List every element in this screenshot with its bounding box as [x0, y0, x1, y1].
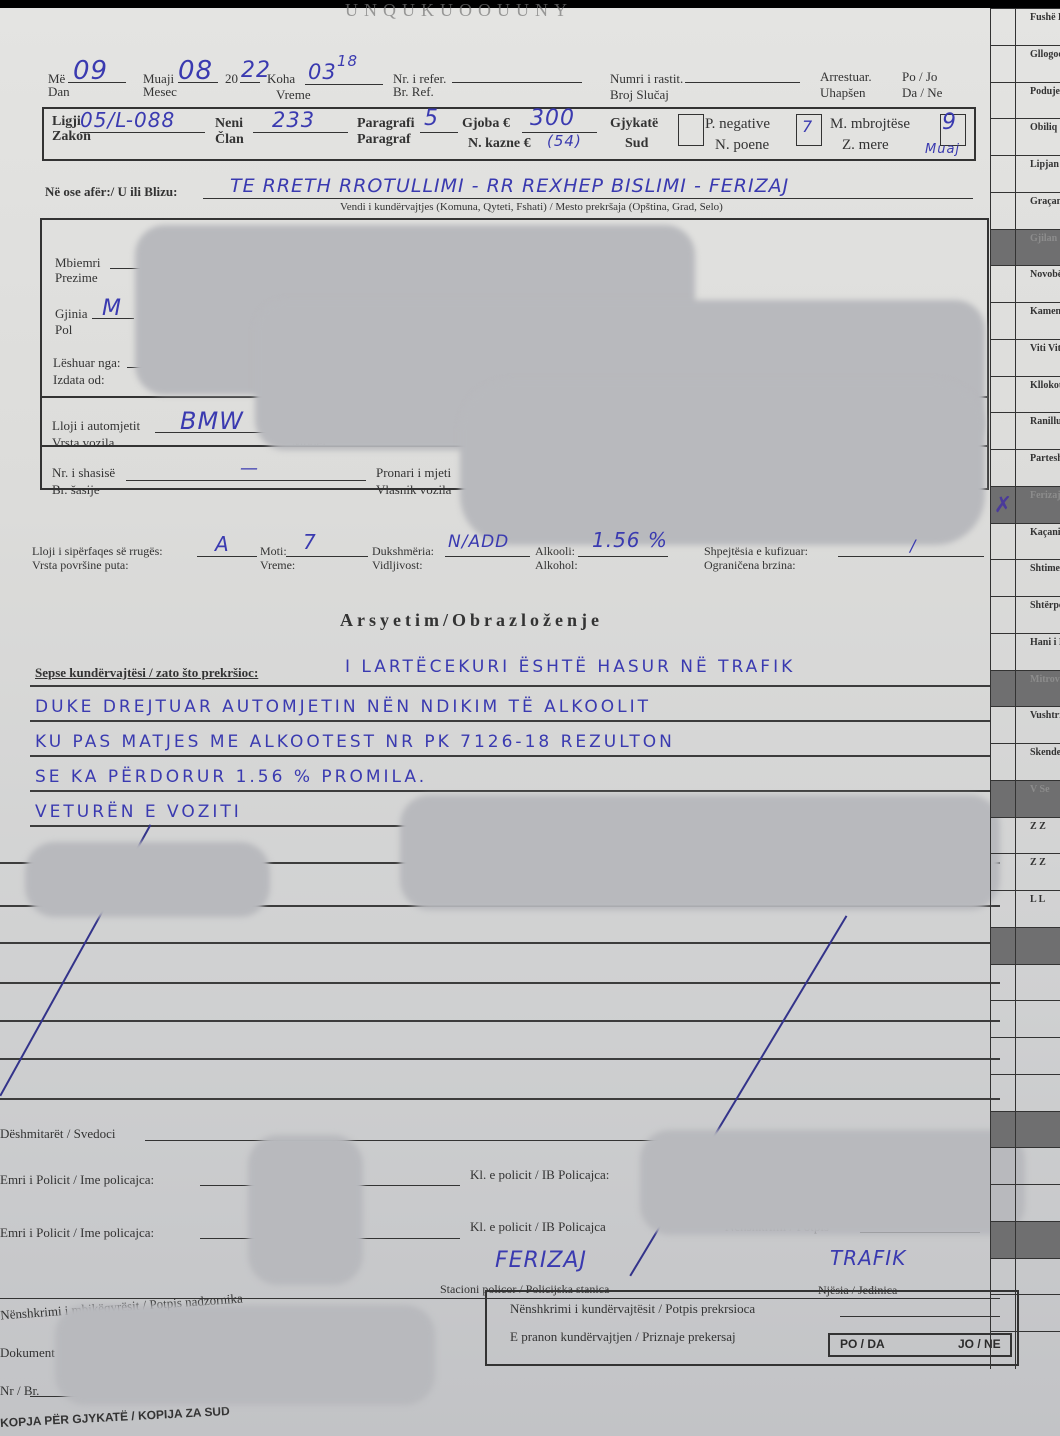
municipality-checkbox[interactable]	[990, 377, 1016, 414]
municipality-row[interactable]: Ranillug Ranilug	[990, 412, 1060, 450]
because-label: Sepse kundërvajtësi / zato što prekršioc…	[35, 666, 258, 680]
municipality-row[interactable]	[990, 1037, 1060, 1075]
municipality-checkbox[interactable]	[990, 340, 1016, 377]
municipality-row[interactable]: Z Z	[990, 853, 1060, 891]
municipality-label: Z Z	[1030, 857, 1060, 869]
speed-field[interactable]: /	[910, 536, 916, 555]
alcohol-label-sr: Alkohol:	[535, 558, 578, 572]
municipality-row[interactable]	[990, 1000, 1060, 1038]
municipality-label: Skenderaj Srbica	[1030, 747, 1060, 759]
witnesses-label: Dëshmitarët / Svedoci	[0, 1127, 116, 1141]
unit-field[interactable]: TRAFIK	[830, 1246, 906, 1270]
municipality-row[interactable]: Kllokot Klokot	[990, 376, 1060, 414]
municipality-row[interactable]: Shtime Štimlje	[990, 559, 1060, 597]
redacted-reasoning-1	[25, 842, 270, 917]
court-label-sr: Sud	[625, 137, 648, 151]
municipality-checkbox[interactable]	[990, 413, 1016, 450]
year-prefix: 20	[225, 72, 238, 86]
points-field[interactable]: 7	[802, 117, 813, 136]
municipality-row[interactable]	[990, 964, 1060, 1002]
time-label: Koha	[267, 72, 295, 86]
municipality-checkbox[interactable]: ✗	[990, 487, 1016, 524]
reasoning-line-5[interactable]: VETURËN E VOZITI	[35, 802, 242, 822]
measures-note: Muaj	[925, 142, 960, 157]
gender-field[interactable]: M	[102, 296, 122, 321]
month-field[interactable]: 08	[178, 56, 213, 86]
municipality-label: Z Z	[1030, 821, 1060, 833]
weather-label: Moti:	[260, 544, 287, 558]
admits-options: PO / DA JO / NE	[828, 1333, 1012, 1357]
municipality-checkbox[interactable]	[990, 965, 1016, 1002]
time-field[interactable]: 03	[308, 60, 337, 84]
municipality-row[interactable]	[990, 1258, 1060, 1296]
municipality-row[interactable]: Vushtrri Vučitrn	[990, 706, 1060, 744]
municipality-label: Graçanicë Gračanica	[1030, 196, 1060, 208]
document-label: Dokument	[0, 1346, 55, 1360]
officer2-id-label: Kl. e policit / IB Policajca	[470, 1220, 606, 1234]
municipality-checkbox[interactable]	[990, 707, 1016, 744]
redacted-supervisor	[55, 1305, 435, 1405]
municipality-checkbox[interactable]	[990, 450, 1016, 487]
municipality-row[interactable]: Gllogoc Glogovac	[990, 45, 1060, 83]
municipality-checkbox[interactable]	[990, 1148, 1016, 1185]
municipality-row[interactable]: Novobërdë Novo Brdo	[990, 265, 1060, 303]
redacted-officer-id	[640, 1130, 1025, 1235]
municipality-label: Lipjan Lipljan	[1030, 159, 1060, 171]
speed-label-sr: Ograničena brzina:	[704, 558, 796, 572]
municipality-checkbox[interactable]	[990, 193, 1016, 230]
time-minutes-field[interactable]: 18	[337, 52, 358, 70]
municipality-checkbox[interactable]	[990, 9, 1016, 46]
points-label: P. negative	[705, 117, 770, 131]
case-label-sr: Broj Slučaj	[610, 88, 669, 102]
points-label-sr: N. poene	[715, 138, 769, 152]
law-label: Ligji	[52, 115, 81, 129]
municipality-checkbox[interactable]	[990, 671, 1016, 708]
municipality-checkbox[interactable]	[990, 634, 1016, 671]
fine-field-sr[interactable]: (54)	[547, 132, 582, 150]
municipality-row[interactable]: Mitrovicë Jug	[990, 670, 1060, 708]
municipality-label: Obiliq Obilić	[1030, 122, 1060, 134]
municipality-label: Kamenicë Kamenica	[1030, 306, 1060, 318]
municipality-checkbox[interactable]	[990, 119, 1016, 156]
owner-label: Pronari i mjeti	[376, 466, 451, 480]
month-label-sr: Mesec	[143, 85, 177, 99]
municipality-row[interactable]	[990, 1221, 1060, 1259]
municipality-row[interactable]: Graçanicë Gračanica	[990, 192, 1060, 230]
reasoning-title: Arsyetim/Obrazloženje	[340, 610, 603, 631]
redacted-officer1	[248, 1135, 363, 1285]
article-field[interactable]: 233	[272, 108, 315, 132]
arrested-label-sr: Uhapšen	[820, 86, 866, 100]
municipality-list: Fushë KosovëGllogoc GlogovacPodujevë Pod…	[990, 8, 1060, 1368]
municipality-row[interactable]	[990, 1074, 1060, 1112]
municipality-row[interactable]: Hani i Elezit Elez Han	[990, 633, 1060, 671]
municipality-label: Novobërdë Novo Brdo	[1030, 269, 1060, 281]
municipality-row[interactable]: Gjilan Gnjilane	[990, 229, 1060, 267]
surname-label-sr: Prezime	[55, 271, 98, 285]
measures-label-sr: Z. mere	[842, 138, 889, 152]
municipality-checkbox[interactable]	[990, 1038, 1016, 1075]
reasoning-line-4[interactable]: SE KA PËRDORUR 1.56 % PROMILA.	[35, 767, 427, 787]
redacted-owner-info	[460, 380, 985, 545]
paragraph-label: Paragrafi	[357, 117, 415, 131]
surname-label: Mbiemri	[55, 256, 101, 270]
reasoning-line-2[interactable]: DUKE DREJTUAR AUTOMJETIN NËN NDIKIM TË A…	[35, 697, 651, 717]
arrested-label: Arrestuar.	[820, 70, 872, 84]
issued-label: Lëshuar nga:	[53, 356, 121, 370]
municipality-checkbox[interactable]	[990, 156, 1016, 193]
fine-field[interactable]: 300	[530, 106, 575, 131]
issued-label-sr: Izdata od:	[53, 373, 105, 387]
municipality-checkbox[interactable]	[990, 781, 1016, 818]
visibility-field[interactable]: N/ADD	[448, 532, 509, 552]
municipality-row[interactable]	[990, 1147, 1060, 1185]
officer1-id-label: Kl. e policit / IB Policajca:	[470, 1168, 609, 1182]
municipality-label: Vushtrri Vučitrn	[1030, 710, 1060, 722]
municipality-checkbox[interactable]	[990, 1001, 1016, 1038]
case-label: Numri i rastit.	[610, 72, 683, 86]
municipality-label: Gjilan Gnjilane	[1030, 233, 1060, 245]
court-checkbox[interactable]	[678, 114, 704, 146]
municipality-row[interactable]: L L	[990, 890, 1060, 928]
surface-field[interactable]: A	[215, 532, 230, 556]
municipality-checkbox[interactable]	[990, 854, 1016, 891]
admits-yes-option[interactable]: PO / DA	[840, 1337, 885, 1351]
municipality-row[interactable]	[990, 1111, 1060, 1149]
visibility-label: Dukshmëria:	[372, 544, 434, 558]
municipality-checkbox[interactable]	[990, 891, 1016, 928]
municipality-checkbox[interactable]	[990, 744, 1016, 781]
municipality-checkbox[interactable]	[990, 46, 1016, 83]
municipality-label: Shtërpcë Štrpce	[1030, 600, 1060, 612]
station-field[interactable]: FERIZAJ	[495, 1248, 587, 1273]
chassis-label-sr: Br. šasije	[52, 483, 100, 497]
weather-field[interactable]: 7	[303, 530, 317, 554]
municipality-checkbox[interactable]	[990, 597, 1016, 634]
arrested-options[interactable]: Po / Jo	[902, 70, 937, 84]
surface-label-sr: Vrsta površine puta:	[32, 558, 129, 572]
reasoning-line-1[interactable]: I LARTËCEKURI ËSHTË HASUR NË TRAFIK	[345, 657, 795, 677]
officer1-name-label: Emri i Policit / Ime policajca:	[0, 1173, 154, 1187]
municipality-checkbox[interactable]	[990, 928, 1016, 965]
municipality-label: Kllokot Klokot	[1030, 380, 1060, 392]
redacted-reasoning-2	[400, 795, 1000, 910]
speed-label: Shpejtësia e kufizuar:	[704, 544, 808, 558]
municipality-row[interactable]: Viti Vitina	[990, 339, 1060, 377]
municipality-row[interactable]: Shtërpcë Štrpce	[990, 596, 1060, 634]
measures-field[interactable]: 9	[942, 110, 957, 135]
article-label: Neni	[215, 117, 243, 131]
measures-label: M. mbrojtëse	[830, 117, 910, 131]
municipality-label: V Se	[1030, 784, 1060, 796]
municipality-row[interactable]: Skenderaj Srbica	[990, 743, 1060, 781]
municipality-label: Kaçanik Kačanik	[1030, 527, 1060, 539]
municipality-label: Partesh Parteš	[1030, 453, 1060, 465]
municipality-row[interactable]: Podujevë Podujevo	[990, 82, 1060, 120]
law-field[interactable]: 05/L-088	[80, 108, 175, 132]
municipality-checkbox[interactable]	[990, 1295, 1016, 1332]
municipality-checkbox[interactable]	[990, 1185, 1016, 1222]
municipality-row[interactable]: ✗Ferizaj Uroševac	[990, 486, 1060, 524]
paragraph-label-sr: Paragraf	[357, 133, 411, 147]
municipality-checkbox[interactable]	[990, 818, 1016, 855]
vehicle-type-label-sr: Vrsta vozila	[52, 436, 114, 450]
municipality-checkbox[interactable]	[990, 524, 1016, 561]
location-caption: Vendi i kundërvajtjes (Komuna, Qyteti, F…	[340, 200, 723, 214]
ref-label-sr: Br. Ref.	[393, 85, 434, 99]
date-label-sr: Dan	[48, 85, 70, 99]
municipality-checkbox[interactable]	[990, 1112, 1016, 1149]
municipality-checkbox[interactable]	[990, 1259, 1016, 1296]
municipality-label: Gllogoc Glogovac	[1030, 49, 1060, 61]
paragraph-field[interactable]: 5	[424, 106, 439, 131]
alcohol-field[interactable]: 1.56 %	[592, 528, 668, 552]
vehicle-type-label: Lloji i automjetit	[52, 419, 140, 433]
vehicle-type-field[interactable]: BMW	[180, 407, 244, 435]
arrested-options-sr[interactable]: Da / Ne	[902, 86, 942, 100]
municipality-row[interactable]: Fushë Kosovë	[990, 8, 1060, 46]
municipality-row[interactable]	[990, 1294, 1060, 1332]
municipality-row[interactable]: Kaçanik Kačanik	[990, 523, 1060, 561]
municipality-label: Podujevë Podujevo	[1030, 86, 1060, 98]
municipality-checkbox[interactable]	[990, 230, 1016, 267]
municipality-label: Shtime Štimlje	[1030, 563, 1060, 575]
municipality-row[interactable]	[990, 1331, 1060, 1369]
municipality-label: Ranillug Ranilug	[1030, 416, 1060, 428]
location-label: Në ose afër:/ U ili Blizu:	[45, 185, 178, 199]
article-label-sr: Član	[215, 133, 244, 147]
location-field[interactable]: TE RRETH RROTULLIMI - RR REXHEP BISLIMI …	[230, 175, 789, 197]
time-label-sr: Vreme	[276, 88, 311, 102]
municipality-row[interactable]: Obiliq Obilić	[990, 118, 1060, 156]
fine-label: Gjoba €	[462, 117, 510, 131]
municipality-label: Fushë Kosovë	[1030, 12, 1060, 24]
municipality-label: Hani i Elezit Elez Han	[1030, 637, 1060, 649]
court-label: Gjykatë	[610, 117, 658, 131]
copy-label: KOPJA PËR GJYKATË / KOPIJA ZA SUD	[0, 1404, 230, 1430]
municipality-row[interactable]: Kamenicë Kamenica	[990, 302, 1060, 340]
owner-label-sr: Vlasnik vozila	[376, 483, 451, 497]
municipality-checkbox[interactable]	[990, 560, 1016, 597]
admits-label: E pranon kundërvajtjen / Priznaje preker…	[510, 1330, 736, 1344]
surface-label: Lloji i sipërfaqes së rrugës:	[32, 544, 163, 558]
municipality-row[interactable]: Z Z	[990, 817, 1060, 855]
gender-label-sr: Pol	[55, 323, 72, 337]
municipality-row[interactable]: V Se	[990, 780, 1060, 818]
municipality-label: L L	[1030, 894, 1060, 906]
form-header-ghost-text: UNQUKUOOUUNY	[345, 0, 573, 21]
municipality-checkbox[interactable]	[990, 1222, 1016, 1259]
municipality-label: Ferizaj Uroševac	[1030, 490, 1060, 502]
municipality-checkbox[interactable]	[990, 266, 1016, 303]
date-field[interactable]: 09	[73, 56, 108, 86]
municipality-label: Mitrovicë Jug	[1030, 674, 1060, 686]
municipality-row[interactable]	[990, 927, 1060, 965]
offender-signature-label: Nënshkrimi i kundërvajtësit / Potpis pre…	[510, 1302, 755, 1316]
officer2-name-label: Emri i Policit / Ime policajca:	[0, 1226, 154, 1240]
municipality-row[interactable]: Lipjan Lipljan	[990, 155, 1060, 193]
visibility-label-sr: Vidljivost:	[372, 558, 423, 572]
municipality-row[interactable]	[990, 1184, 1060, 1222]
chassis-label: Nr. i shasisë	[52, 466, 115, 480]
municipality-row[interactable]: Partesh Parteš	[990, 449, 1060, 487]
municipality-checkbox[interactable]	[990, 303, 1016, 340]
gender-label: Gjinia	[55, 307, 88, 321]
municipality-checkbox[interactable]	[990, 83, 1016, 120]
weather-label-sr: Vreme:	[260, 558, 295, 572]
chassis-field[interactable]: —	[240, 458, 259, 479]
alcohol-label: Alkooli:	[535, 544, 575, 558]
municipality-checkbox[interactable]	[990, 1075, 1016, 1112]
reasoning-line-3[interactable]: KU PAS MATJES ME ALKOOTEST NR PK 7126-18…	[35, 732, 675, 752]
municipality-label: Viti Vitina	[1030, 343, 1060, 355]
municipality-checkbox[interactable]	[990, 1332, 1016, 1369]
fine-label-sr: N. kazne €	[468, 137, 531, 151]
